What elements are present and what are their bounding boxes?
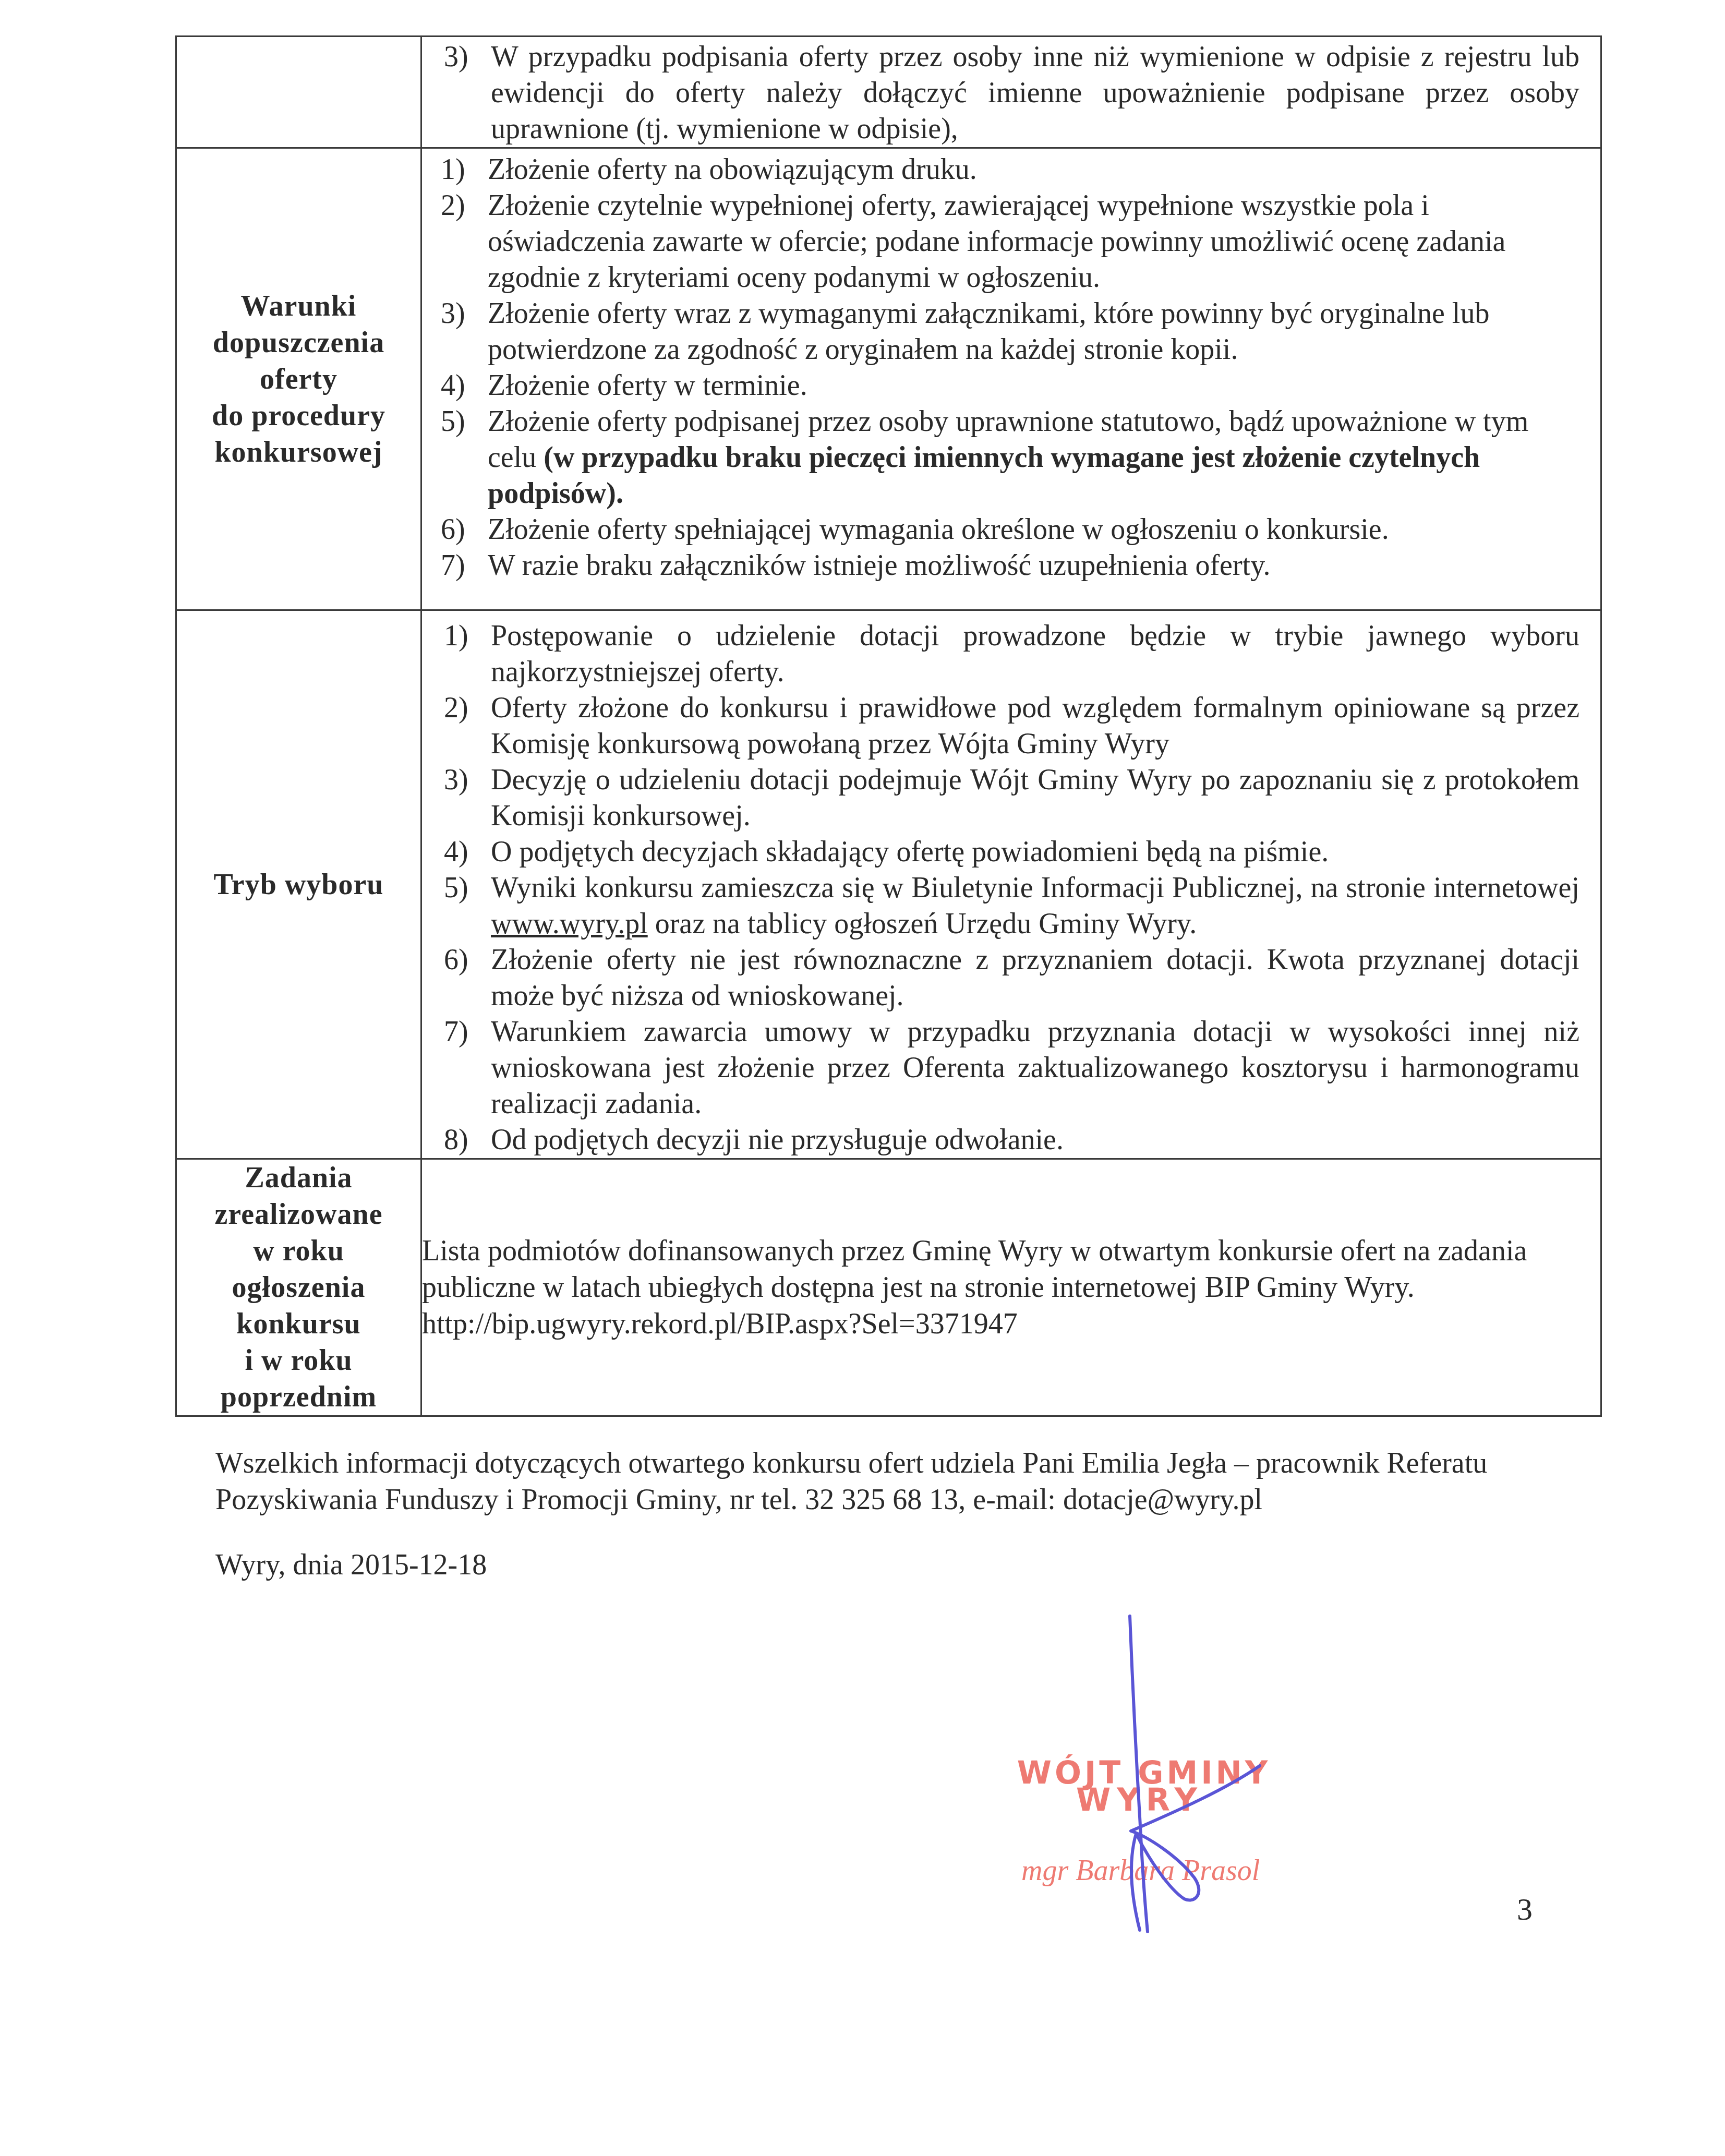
table-row-tryb-wyboru: Tryb wyboru 1)Postępowanie o udzielenie … — [176, 610, 1601, 1159]
list-item: 4)Złożenie oferty w terminie. — [441, 368, 1543, 404]
list-item: 2)Złożenie czytelnie wypełnionej oferty,… — [441, 188, 1543, 296]
list-item: 6)Złożenie oferty spełniającej wymagania… — [441, 512, 1543, 548]
list-item: 5)Złożenie oferty podpisanej przez osoby… — [441, 404, 1543, 512]
table-row-continuation: 3)W przypadku podpisania oferty przez os… — [176, 37, 1601, 148]
list-item: 5)Wyniki konkursu zamieszcza się w Biule… — [444, 870, 1579, 942]
list-item: 4)O podjętych decyzjach składający ofert… — [444, 834, 1579, 870]
contact-info: Wszelkich informacji dotyczących otwarte… — [215, 1445, 1572, 1518]
row-content-zadania: Lista podmiotów dofinansowanych przez Gm… — [421, 1159, 1601, 1416]
list-item: 8)Od podjętych decyzji nie przysługuje o… — [444, 1122, 1579, 1158]
list-item: 3)Decyzję o udzieleniu dotacji podejmuje… — [444, 762, 1579, 834]
document-date: Wyry, dnia 2015-12-18 — [215, 1547, 487, 1583]
list-item: 6)Złożenie oferty nie jest równoznaczne … — [444, 942, 1579, 1014]
official-stamp-municipality: WYRY — [1067, 1784, 1213, 1816]
bip-url[interactable]: http://bip.ugwyry.rekord.pl/BIP.aspx?Sel… — [422, 1306, 1600, 1342]
official-stamp-name: mgr Barbara Prasol — [1021, 1854, 1261, 1887]
list-item: 7)W razie braku załączników istnieje moż… — [441, 548, 1543, 584]
row-label-tryb-wyboru: Tryb wyboru — [176, 610, 421, 1159]
row-content-tryb-wyboru: 1)Postępowanie o udzielenie dotacji prow… — [421, 610, 1601, 1159]
conditions-table: 3)W przypadku podpisania oferty przez os… — [175, 35, 1602, 1417]
row-label-warunki: Warunki dopuszczenia oferty do procedury… — [176, 148, 421, 610]
list-item: 1)Złożenie oferty na obowiązującym druku… — [441, 152, 1543, 188]
row-content: 3)W przypadku podpisania oferty przez os… — [421, 37, 1601, 148]
page-number: 3 — [1517, 1891, 1533, 1928]
list-item: 3)W przypadku podpisania oferty przez os… — [444, 39, 1579, 147]
list-item: 1)Postępowanie o udzielenie dotacji prow… — [444, 618, 1579, 690]
wyry-website-link[interactable]: www.wyry.pl — [491, 908, 648, 940]
list-item: 7)Warunkiem zawarcia umowy w przypadku p… — [444, 1014, 1579, 1122]
zadania-paragraph: Lista podmiotów dofinansowanych przez Gm… — [422, 1233, 1600, 1306]
table-row-zadania: Zadania zrealizowane w roku ogłoszenia k… — [176, 1159, 1601, 1416]
row-content-warunki: 1)Złożenie oferty na obowiązującym druku… — [421, 148, 1601, 610]
list-item: 3)Złożenie oferty wraz z wymaganymi załą… — [441, 296, 1543, 368]
row-label — [176, 37, 421, 148]
bold-note: (w przypadku braku pieczęci imiennych wy… — [488, 441, 1480, 510]
row-label-zadania: Zadania zrealizowane w roku ogłoszenia k… — [176, 1159, 421, 1416]
list-item: 2)Oferty złożone do konkursu i prawidłow… — [444, 690, 1579, 762]
table-row-warunki: Warunki dopuszczenia oferty do procedury… — [176, 148, 1601, 610]
